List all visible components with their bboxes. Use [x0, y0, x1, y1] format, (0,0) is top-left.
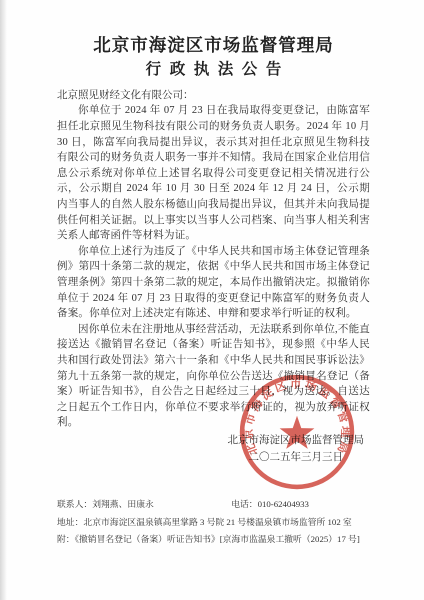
phone-label: 电话： [231, 499, 257, 509]
attachment-text: 《撤销冒名登记（备案）听证告知书》[京海市监温泉工撤听（2025）17 号] [75, 534, 360, 544]
phone-number: 010-62404933 [258, 499, 309, 509]
footer-contact-block: 联系人：刘翔燕、田康永 电话：010-62404933 地址：北京市海淀区温泉镇… [57, 496, 394, 549]
paragraph-decision: 你单位上述行为违反了《中华人民共和国市场主体登记管理条例》第四十条第二款的规定，… [57, 244, 370, 322]
document-title: 行政执法公告 [57, 60, 370, 80]
signature-block: 北京市海淀区市场监督管理局 二〇二五年三月三日 [228, 433, 365, 466]
address-label: 地址： [57, 517, 83, 527]
paragraph-service-notice: 因你单位未在注册地从事经营活动，无法联系到你单位,不能直接送达《撤销冒名登记（备… [57, 322, 370, 431]
attachment-row: 附：《撤销冒名登记（备案）听证告知书》[京海市监温泉工撤听（2025）17 号] [57, 531, 394, 549]
signature-agency: 北京市海淀区市场监督管理局 [228, 433, 365, 450]
contact-row: 联系人：刘翔燕、田康永 电话：010-62404933 [57, 496, 394, 514]
address-text: 北京市海淀区温泉镇高里掌路 3 号院 21 号楼温泉镇市场监管所 102 室 [83, 517, 351, 527]
scanned-document-page: 北京市海淀区市场监督管理局 行政执法公告 北京照见财经文化有限公司： 你单位于 … [0, 0, 424, 600]
address-row: 地址：北京市海淀区温泉镇高里掌路 3 号院 21 号楼温泉镇市场监管所 102 … [57, 514, 394, 532]
paragraph-facts: 你单位于 2024 年 07 月 23 日在我局取得变更登记，由陈富军担任北京照… [57, 103, 370, 243]
agency-title: 北京市海淀区市场监督管理局 [57, 34, 370, 57]
phone: 电话：010-62404933 [231, 499, 309, 509]
attachment-label: 附： [57, 534, 75, 544]
contact-persons: 联系人：刘翔燕、田康永 [57, 496, 229, 514]
signature-date: 二〇二五年三月三日 [228, 450, 365, 467]
document-body: 北京市海淀区市场监督管理局 行政执法公告 北京照见财经文化有限公司： 你单位于 … [57, 34, 370, 431]
addressee-line: 北京照见财经文化有限公司： [57, 88, 370, 104]
contact-label: 联系人： [57, 499, 92, 509]
contact-names: 刘翔燕、田康永 [92, 499, 154, 509]
